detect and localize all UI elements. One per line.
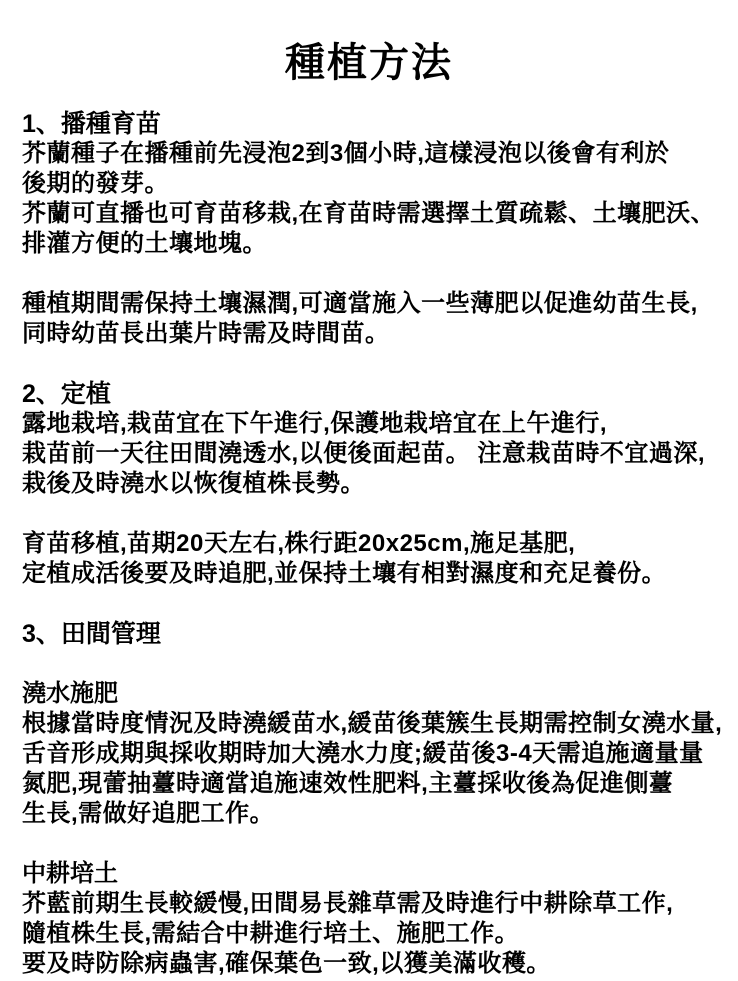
- subsection-tilling: 中耕培土 芥藍前期生長較緩慢,田間易長雜草需及時進行中耕除草工作, 隨植株生長,…: [22, 859, 716, 979]
- text-line: 栽後及時澆水以恢復植株長勢。: [22, 469, 716, 499]
- section-heading-1: 1、播種育苗: [22, 109, 716, 139]
- paragraph-spacer: [22, 349, 716, 379]
- page-title: 種植方法: [22, 39, 716, 87]
- paragraph-spacer: [22, 649, 716, 679]
- text-line: 種植期間需保持土壤濕潤,可適當施入一些薄肥以促進幼苗生長,: [22, 289, 716, 319]
- text-line: 生長,需做好追肥工作。: [22, 799, 716, 829]
- text-line: 氮肥,現蕾抽薹時適當追施速效性肥料,主薹採收後為促進側薹: [22, 769, 716, 799]
- section-1-paragraph-2: 種植期間需保持土壤濕潤,可適當施入一些薄肥以促進幼苗生長, 同時幼苗長出葉片時需…: [22, 289, 716, 349]
- section-heading-2: 2、定植: [22, 379, 716, 409]
- subsection-heading-tilling: 中耕培土: [22, 859, 716, 889]
- section-2-paragraph-2: 育苗移植,苗期20天左右,株行距20x25cm,施足基肥, 定植成活後要及時追肥…: [22, 529, 716, 589]
- section-heading-3: 3、田間管理: [22, 619, 716, 649]
- paragraph-spacer: [22, 829, 716, 859]
- text-line: 舌音形成期與採收期時加大澆水力度;緩苗後3-4天需追施適量量: [22, 739, 716, 769]
- text-line: 隨植株生長,需結合中耕進行培土、施肥工作。: [22, 919, 716, 949]
- text-line: 定植成活後要及時追肥,並保持土壤有相對濕度和充足養份。: [22, 559, 716, 589]
- text-line: 栽苗前一天往田間澆透水,以便後面起苗。 注意栽苗時不宜過深,: [22, 439, 716, 469]
- text-line: 芥藍前期生長較緩慢,田間易長雜草需及時進行中耕除草工作,: [22, 889, 716, 919]
- document-page: 種植方法 1、播種育苗 芥蘭種子在播種前先浸泡2到3個小時,這樣浸泡以後會有利於…: [0, 0, 738, 979]
- paragraph-spacer: [22, 499, 716, 529]
- paragraph-spacer: [22, 589, 716, 619]
- text-line: 根據當時度情況及時澆緩苗水,緩苗後葉簇生長期需控制女澆水量,: [22, 709, 716, 739]
- text-line: 育苗移植,苗期20天左右,株行距20x25cm,施足基肥,: [22, 529, 716, 559]
- subsection-heading-watering: 澆水施肥: [22, 679, 716, 709]
- text-line: 排灌方便的土壤地塊。: [22, 229, 716, 259]
- text-line: 同時幼苗長出葉片時需及時間苗。: [22, 319, 716, 349]
- text-line: 芥蘭種子在播種前先浸泡2到3個小時,這樣浸泡以後會有利於: [22, 139, 716, 169]
- text-line: 芥蘭可直播也可育苗移栽,在育苗時需選擇土質疏鬆、土壤肥沃、: [22, 199, 716, 229]
- subsection-watering: 澆水施肥 根據當時度情況及時澆緩苗水,緩苗後葉簇生長期需控制女澆水量, 舌音形成…: [22, 679, 716, 829]
- text-line: 要及時防除病蟲害,確保葉色一致,以獲美滿收穫。: [22, 949, 716, 979]
- section-1-paragraph-1: 芥蘭種子在播種前先浸泡2到3個小時,這樣浸泡以後會有利於 後期的發芽。 芥蘭可直…: [22, 139, 716, 259]
- text-line: 露地栽培,栽苗宜在下午進行,保護地栽培宜在上午進行,: [22, 409, 716, 439]
- section-2-paragraph-1: 露地栽培,栽苗宜在下午進行,保護地栽培宜在上午進行, 栽苗前一天往田間澆透水,以…: [22, 409, 716, 499]
- text-line: 後期的發芽。: [22, 169, 716, 199]
- paragraph-spacer: [22, 259, 716, 289]
